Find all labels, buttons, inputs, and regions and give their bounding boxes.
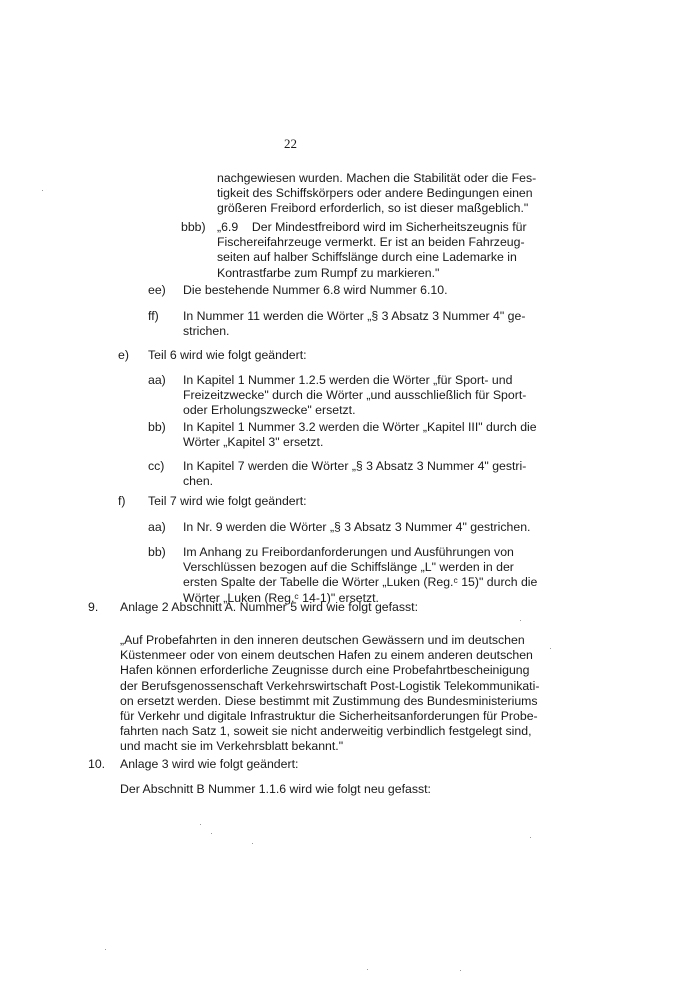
item-label: ff) [148, 309, 159, 324]
scan-noise [211, 833, 212, 834]
scan-noise [105, 949, 106, 950]
item-text: Anlage 2 Abschnitt A. Nummer 5 wird wie … [120, 600, 418, 615]
item-label: bb) [148, 420, 166, 435]
item-text: In Nr. 9 werden die Wörter „§ 3 Absatz 3… [183, 520, 530, 535]
scan-noise [550, 648, 551, 649]
item-label: aa) [148, 373, 166, 388]
item-label: aa) [148, 520, 166, 535]
scan-noise [520, 620, 521, 621]
scan-noise [252, 843, 253, 844]
scan-noise [42, 190, 43, 191]
item-label: e) [118, 348, 129, 363]
scan-noise [530, 837, 531, 838]
page-number: 22 [284, 136, 297, 151]
item-label: ee) [148, 283, 166, 298]
item-label: f) [118, 494, 126, 509]
item-text: In Nummer 11 werden die Wörter „§ 3 Absa… [183, 309, 525, 339]
item-text: Die bestehende Nummer 6.8 wird Nummer 6.… [183, 283, 448, 298]
item-text: In Kapitel 1 Nummer 3.2 werden die Wörte… [183, 420, 537, 450]
item-label: bb) [148, 545, 166, 560]
item-text: „6.9 Der Mindestfreibord wird im Sicherh… [217, 220, 527, 281]
item-label: bbb) [181, 220, 206, 235]
item-text: Teil 6 wird wie folgt geändert: [148, 348, 307, 363]
continuation-text: nachgewiesen wurden. Machen die Stabilit… [217, 171, 517, 217]
item-text: Im Anhang zu Freibordanforderungen und A… [183, 545, 537, 606]
scan-noise [367, 969, 368, 970]
scan-noise [460, 970, 461, 971]
item-text: Anlage 3 wird wie folgt geändert: [120, 757, 298, 772]
item-text: In Kapitel 7 werden die Wörter „§ 3 Absa… [183, 459, 526, 489]
quoted-paragraph: „Auf Probefahrten in den inneren deutsch… [120, 633, 539, 755]
item-label: cc) [148, 459, 164, 474]
item-label: 10. [88, 757, 105, 772]
item-text: Teil 7 wird wie folgt geändert: [148, 494, 307, 509]
item-label: 9. [88, 600, 98, 615]
item-text: In Kapitel 1 Nummer 1.2.5 werden die Wör… [183, 373, 526, 419]
scan-noise [200, 824, 201, 825]
item-text: Der Abschnitt B Nummer 1.1.6 wird wie fo… [120, 782, 431, 797]
